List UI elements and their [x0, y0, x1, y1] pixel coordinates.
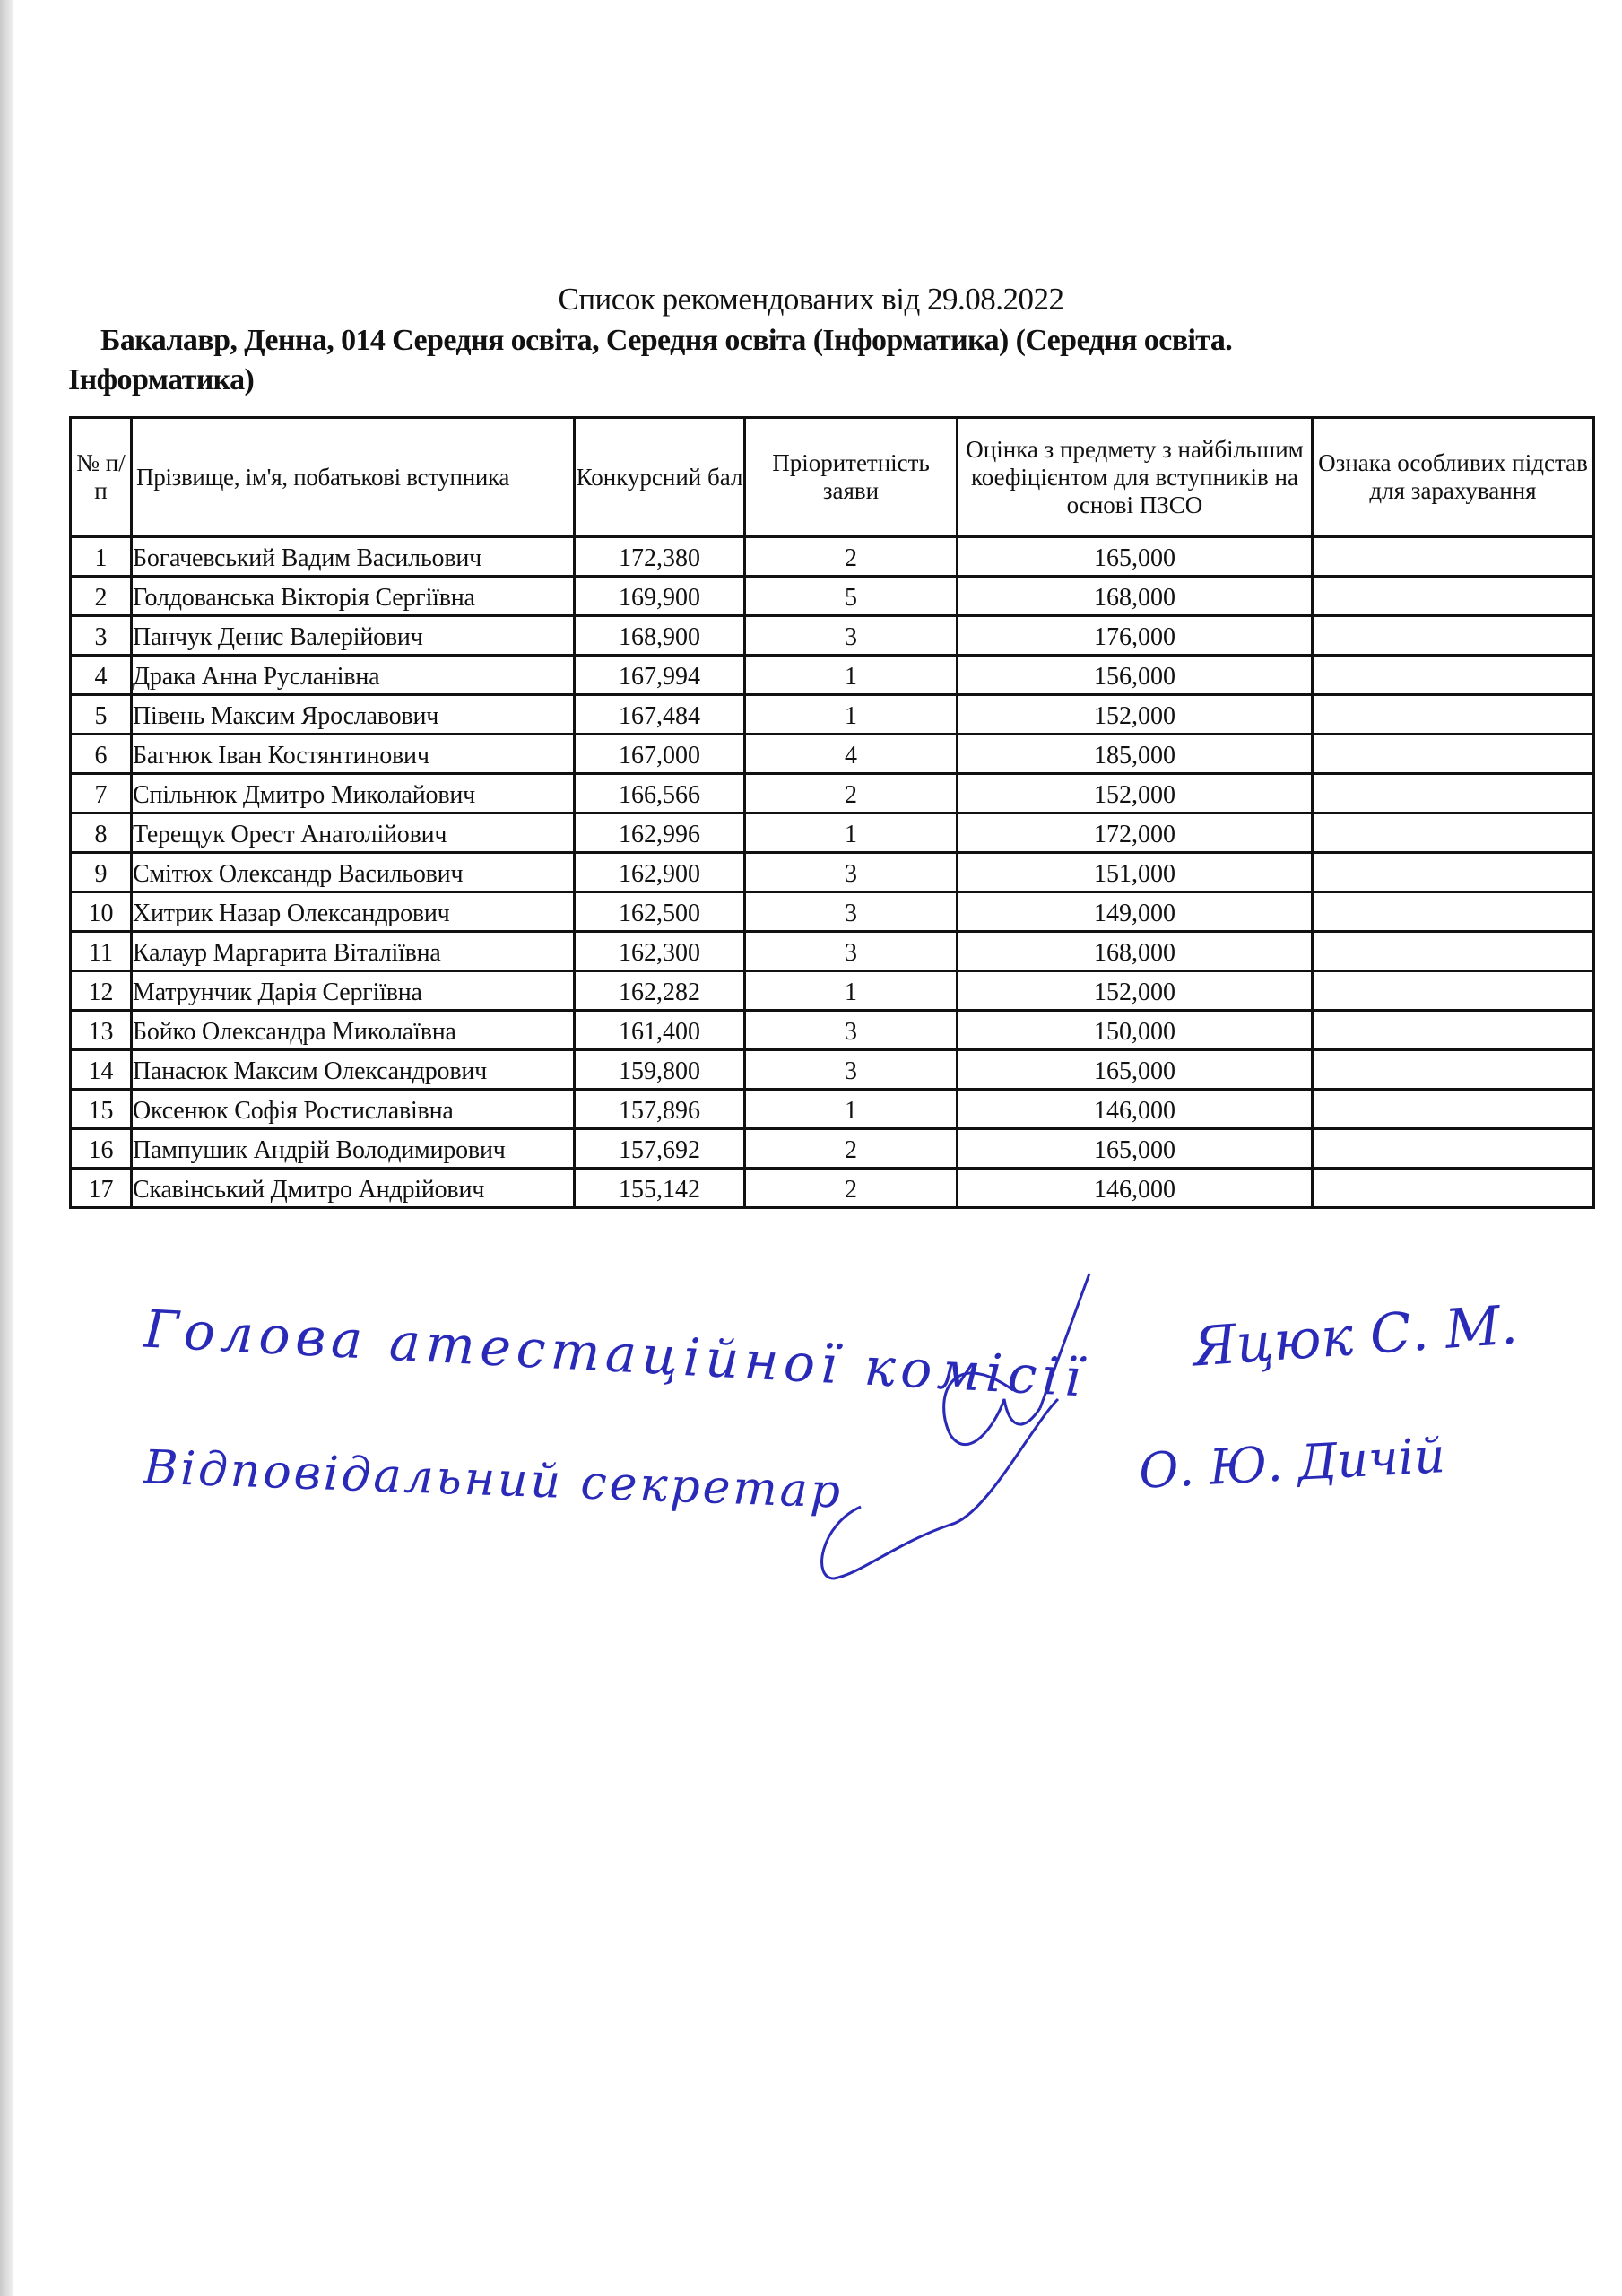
subtitle-line-1: Бакалавр, Денна, 014 Середня освіта, Сер…: [68, 321, 1467, 361]
cell-score: 169,900: [575, 577, 745, 616]
table-row: 6Багнюк Іван Костянтинович167,0004185,00…: [71, 735, 1594, 774]
table-row: 15Оксенюк Софія Ростиславівна157,8961146…: [71, 1090, 1594, 1129]
cell-score: 155,142: [575, 1169, 745, 1208]
cell-subject: 152,000: [958, 695, 1313, 735]
cell-special: [1313, 1011, 1594, 1050]
cell-priority: 4: [745, 735, 958, 774]
cell-name: Пампушик Андрій Володимирович: [132, 1129, 575, 1169]
cell-priority: 2: [745, 537, 958, 577]
cell-special: [1313, 853, 1594, 892]
cell-score: 162,300: [575, 932, 745, 971]
cell-special: [1313, 892, 1594, 932]
cell-name: Півень Максим Ярославович: [132, 695, 575, 735]
table-header-row: № п/п Прізвище, ім'я, побатькові вступни…: [71, 418, 1594, 537]
subtitle-line-2: Інформатика): [68, 361, 1467, 400]
table-row: 16Пампушик Андрій Володимирович157,69221…: [71, 1129, 1594, 1169]
cell-name: Калаур Маргарита Віталіївна: [132, 932, 575, 971]
cell-special: [1313, 577, 1594, 616]
cell-special: [1313, 695, 1594, 735]
cell-num: 2: [71, 577, 132, 616]
table-row: 3Панчук Денис Валерійович168,9003176,000: [71, 616, 1594, 656]
cell-name: Богачевський Вадим Васильович: [132, 537, 575, 577]
cell-subject: 146,000: [958, 1090, 1313, 1129]
table-row: 17Скавінський Дмитро Андрійович155,14221…: [71, 1169, 1594, 1208]
cell-priority: 3: [745, 1050, 958, 1090]
cell-name: Оксенюк Софія Ростиславівна: [132, 1090, 575, 1129]
cell-score: 157,896: [575, 1090, 745, 1129]
table-row: 1Богачевський Вадим Васильович172,380216…: [71, 537, 1594, 577]
cell-name: Драка Анна Русланівна: [132, 656, 575, 695]
cell-special: [1313, 932, 1594, 971]
table-row: 2Голдованська Вікторія Сергіївна169,9005…: [71, 577, 1594, 616]
cell-subject: 168,000: [958, 577, 1313, 616]
cell-special: [1313, 616, 1594, 656]
cell-num: 7: [71, 774, 132, 813]
cell-num: 15: [71, 1090, 132, 1129]
table-row: 7Спільнюк Дмитро Миколайович166,5662152,…: [71, 774, 1594, 813]
cell-subject: 165,000: [958, 537, 1313, 577]
cell-score: 161,400: [575, 1011, 745, 1050]
header-priority: Пріоритетність заяви: [745, 418, 958, 537]
cell-num: 10: [71, 892, 132, 932]
cell-special: [1313, 774, 1594, 813]
cell-special: [1313, 537, 1594, 577]
cell-special: [1313, 1090, 1594, 1129]
cell-name: Панасюк Максим Олександрович: [132, 1050, 575, 1090]
cell-name: Скавінський Дмитро Андрійович: [132, 1169, 575, 1208]
cell-name: Смітюх Олександр Васильович: [132, 853, 575, 892]
cell-name: Матрунчик Дарія Сергіївна: [132, 971, 575, 1011]
header-score: Конкурсний бал: [575, 418, 745, 537]
cell-special: [1313, 1050, 1594, 1090]
cell-subject: 168,000: [958, 932, 1313, 971]
header-num: № п/п: [71, 418, 132, 537]
cell-subject: 165,000: [958, 1050, 1313, 1090]
table-row: 12Матрунчик Дарія Сергіївна162,2821152,0…: [71, 971, 1594, 1011]
cell-name: Багнюк Іван Костянтинович: [132, 735, 575, 774]
cell-name: Хитрик Назар Олександрович: [132, 892, 575, 932]
cell-num: 3: [71, 616, 132, 656]
header-subject: Оцінка з предмету з найбільшим коефіцієн…: [958, 418, 1313, 537]
cell-priority: 3: [745, 616, 958, 656]
cell-priority: 1: [745, 1090, 958, 1129]
cell-special: [1313, 1169, 1594, 1208]
cell-name: Терещук Орест Анатолійович: [132, 813, 575, 853]
table-row: 10Хитрик Назар Олександрович162,5003149,…: [71, 892, 1594, 932]
table-row: 4Драка Анна Русланівна167,9941156,000: [71, 656, 1594, 695]
cell-subject: 152,000: [958, 971, 1313, 1011]
cell-special: [1313, 656, 1594, 695]
chair-name-handwritten: Яцюк С. М.: [1191, 1293, 1520, 1378]
cell-score: 168,900: [575, 616, 745, 656]
table-row: 13Бойко Олександра Миколаївна161,4003150…: [71, 1011, 1594, 1050]
cell-subject: 146,000: [958, 1169, 1313, 1208]
cell-priority: 3: [745, 892, 958, 932]
cell-name: Бойко Олександра Миколаївна: [132, 1011, 575, 1050]
cell-num: 5: [71, 695, 132, 735]
cell-num: 13: [71, 1011, 132, 1050]
cell-num: 6: [71, 735, 132, 774]
cell-num: 16: [71, 1129, 132, 1169]
header-name: Прізвище, ім'я, побатькові вступника: [132, 418, 575, 537]
cell-num: 14: [71, 1050, 132, 1090]
cell-score: 159,800: [575, 1050, 745, 1090]
cell-subject: 156,000: [958, 656, 1313, 695]
cell-num: 11: [71, 932, 132, 971]
cell-score: 162,282: [575, 971, 745, 1011]
cell-num: 4: [71, 656, 132, 695]
header-special: Ознака особливих підстав для зарахування: [1313, 418, 1594, 537]
cell-subject: 152,000: [958, 774, 1313, 813]
table-row: 9Смітюх Олександр Васильович162,9003151,…: [71, 853, 1594, 892]
document-subtitle: Бакалавр, Денна, 014 Середня освіта, Сер…: [68, 321, 1467, 400]
cell-priority: 2: [745, 1169, 958, 1208]
cell-subject: 185,000: [958, 735, 1313, 774]
cell-special: [1313, 813, 1594, 853]
cell-priority: 1: [745, 695, 958, 735]
recommended-list-table: № п/п Прізвище, ім'я, побатькові вступни…: [69, 416, 1595, 1209]
cell-priority: 1: [745, 971, 958, 1011]
table-row: 8Терещук Орест Анатолійович162,9961172,0…: [71, 813, 1594, 853]
cell-score: 157,692: [575, 1129, 745, 1169]
cell-score: 167,000: [575, 735, 745, 774]
cell-priority: 1: [745, 813, 958, 853]
secretary-name-handwritten: О. Ю. Дичій: [1138, 1427, 1447, 1500]
cell-subject: 165,000: [958, 1129, 1313, 1169]
cell-score: 162,900: [575, 853, 745, 892]
cell-score: 167,484: [575, 695, 745, 735]
cell-name: Голдованська Вікторія Сергіївна: [132, 577, 575, 616]
table-row: 5Півень Максим Ярославович167,4841152,00…: [71, 695, 1594, 735]
cell-num: 1: [71, 537, 132, 577]
cell-score: 167,994: [575, 656, 745, 695]
cell-subject: 150,000: [958, 1011, 1313, 1050]
cell-priority: 5: [745, 577, 958, 616]
cell-score: 162,500: [575, 892, 745, 932]
cell-priority: 2: [745, 774, 958, 813]
scan-edge: [0, 0, 13, 2296]
cell-priority: 3: [745, 853, 958, 892]
cell-priority: 2: [745, 1129, 958, 1169]
cell-num: 8: [71, 813, 132, 853]
secretary-label-handwritten: Відповідальний секретар: [143, 1440, 844, 1518]
cell-subject: 149,000: [958, 892, 1313, 932]
cell-subject: 172,000: [958, 813, 1313, 853]
cell-special: [1313, 1129, 1594, 1169]
cell-subject: 176,000: [958, 616, 1313, 656]
cell-special: [1313, 971, 1594, 1011]
secretary-signature-icon: [822, 1399, 1058, 1578]
cell-priority: 3: [745, 1011, 958, 1050]
cell-priority: 3: [745, 932, 958, 971]
cell-num: 17: [71, 1169, 132, 1208]
table-row: 14Панасюк Максим Олександрович159,800316…: [71, 1050, 1594, 1090]
cell-score: 166,566: [575, 774, 745, 813]
cell-subject: 151,000: [958, 853, 1313, 892]
cell-name: Спільнюк Дмитро Миколайович: [132, 774, 575, 813]
chair-label-handwritten: Голова атестаційної комісії: [143, 1299, 1088, 1409]
cell-score: 172,380: [575, 537, 745, 577]
cell-priority: 1: [745, 656, 958, 695]
cell-special: [1313, 735, 1594, 774]
cell-name: Панчук Денис Валерійович: [132, 616, 575, 656]
cell-num: 12: [71, 971, 132, 1011]
document-title: Список рекомендованих від 29.08.2022: [0, 282, 1622, 317]
cell-num: 9: [71, 853, 132, 892]
cell-score: 162,996: [575, 813, 745, 853]
table-row: 11Калаур Маргарита Віталіївна162,3003168…: [71, 932, 1594, 971]
